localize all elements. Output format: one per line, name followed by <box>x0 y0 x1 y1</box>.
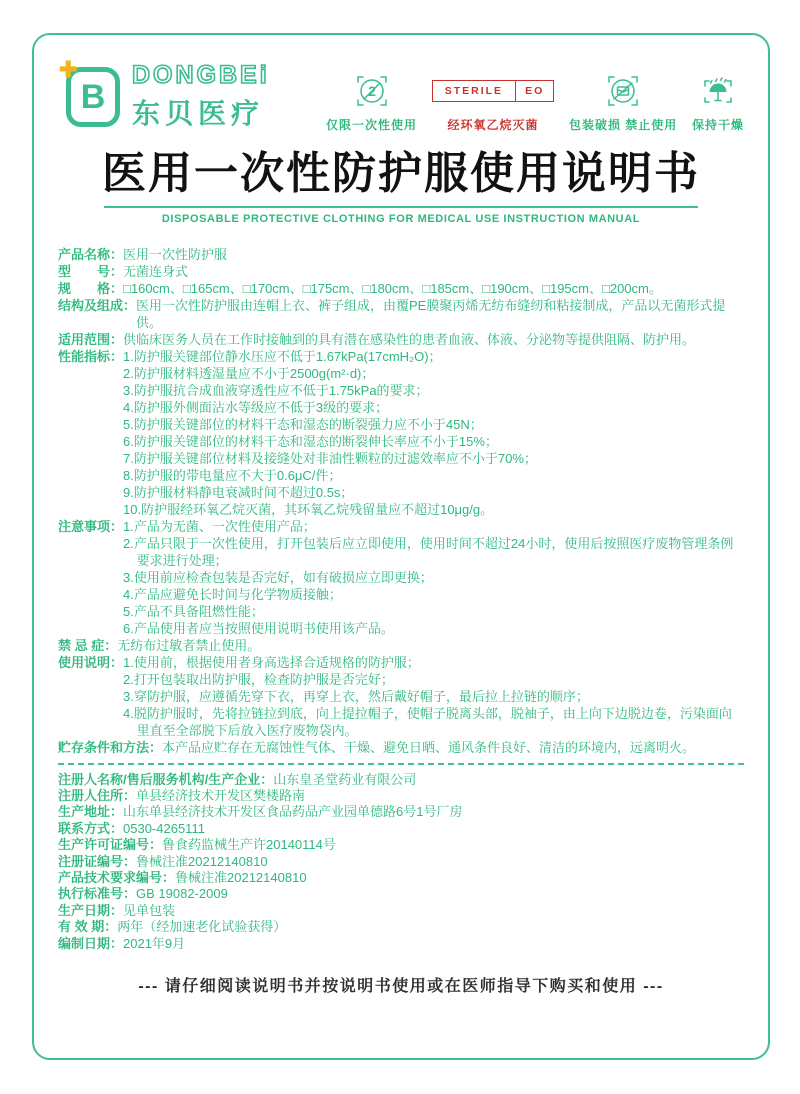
list-item: 1.产品为无菌、一次性使用产品； <box>123 518 744 535</box>
field-value: 供临床医务人员在工作时接触到的具有潜在感染性的患者血液、体液、分泌物等提供阻隔、… <box>123 331 744 348</box>
eo-text: EO <box>515 81 553 101</box>
single-use-icon: 2 <box>354 73 390 109</box>
sterile-eo-icon: STERILE EO <box>432 73 555 109</box>
title-underline <box>104 206 698 208</box>
field-value: 1.产品为无菌、一次性使用产品；2.产品只限于一次性使用，打开包装后应立即使用，… <box>123 518 744 637</box>
field-value: 0530-4265111 <box>123 821 744 837</box>
symbol-label: 包装破损 禁止使用 <box>569 116 677 133</box>
symbol-label: 保持干燥 <box>692 116 744 133</box>
no-damaged-package-icon <box>605 73 641 109</box>
list-item: 5.产品不具备阻燃性能； <box>123 603 744 620</box>
field-label: 编制日期： <box>58 936 123 952</box>
list-item: 3.防护服抗合成血液穿透性应不低于1.75kPa的要求； <box>123 382 744 399</box>
page: ✚ B DONGBEi 东贝医疗 <box>0 0 800 1094</box>
list-item: 4.防护服外侧面沾水等级应不低于3级的要求； <box>123 399 744 416</box>
info-row: 型 号：无菌连身式 <box>58 263 744 280</box>
field-label: 生产地址： <box>58 804 123 820</box>
no-damaged-package-symbol: 包装破损 禁止使用 <box>569 73 677 133</box>
info-row: 贮存条件和方法：本产品应贮存在无腐蚀性气体、干燥、避免日晒、通风条件良好、清洁的… <box>58 739 744 756</box>
field-label: 注册人名称/售后服务机构/生产企业： <box>58 772 273 788</box>
field-value: 两年（经加速老化试验获得） <box>117 919 744 935</box>
info-row: 注册证编号：鲁械注准20212140810 <box>58 854 744 870</box>
logo-mark: ✚ B <box>66 67 120 127</box>
info-row: 性能指标：1.防护服关键部位静水压应不低于1.67kPa(17cmH₂O)；2.… <box>58 348 744 518</box>
list-item: 6.防护服关键部位的材料干态和湿态的断裂伸长率应不小于15%； <box>123 433 744 450</box>
field-label: 产品名称： <box>58 246 123 263</box>
keep-dry-symbol: 保持干燥 <box>692 73 744 133</box>
dashed-divider <box>58 763 744 765</box>
list-item: 4.脱防护服时，先将拉链拉到底，向上提拉帽子，使帽子脱离头部，脱袖子，由上向下边… <box>123 705 744 739</box>
field-label: 生产许可证编号： <box>58 837 162 853</box>
field-label: 联系方式： <box>58 821 123 837</box>
logo-letter: B <box>81 80 106 114</box>
info-row: 注册人住所：单县经济技术开发区樊楼路南 <box>58 788 744 804</box>
field-value: 医用一次性防护服由连帽上衣、裤子组成，由覆PE膜聚丙烯无纺布缝纫和粘接制成，产品… <box>136 297 744 331</box>
field-value: 无菌连身式 <box>123 263 744 280</box>
field-value: 1.防护服关键部位静水压应不低于1.67kPa(17cmH₂O)；2.防护服材料… <box>123 348 744 518</box>
logo-wordmark: DONGBEi <box>132 61 270 90</box>
list-item: 2.产品只限于一次性使用，打开包装后应立即使用，使用时间不超过24小时，使用后按… <box>123 535 744 569</box>
field-label: 生产日期： <box>58 903 123 919</box>
info-row: 有 效 期：两年（经加速老化试验获得） <box>58 919 744 935</box>
field-value: 鲁械注准20212140810 <box>136 854 744 870</box>
list-item: 9.防护服材料静电衰减时间不超过0.5s； <box>123 484 744 501</box>
field-label: 禁 忌 症： <box>58 637 117 654</box>
field-value: 山东皇圣堂药业有限公司 <box>273 772 744 788</box>
info-row: 使用说明：1.使用前，根据使用者身高选择合适规格的防护服；2.打开包装取出防护服… <box>58 654 744 739</box>
symbol-label: 仅限一次性使用 <box>326 116 417 133</box>
brand-text: DONGBEi 东贝医疗 <box>132 61 270 132</box>
footer-notice: --- 请仔细阅读说明书并按说明书使用或在医师指导下购买和使用 --- <box>58 973 744 996</box>
list-item: 7.防护服关键部位材料及接缝处对非油性颗粒的过滤效率应不小于70%； <box>123 450 744 467</box>
field-value: 2021年9月 <box>123 936 744 952</box>
field-label: 使用说明： <box>58 654 123 739</box>
info-row: 禁 忌 症：无纺布过敏者禁止使用。 <box>58 637 744 654</box>
list-item: 6.产品使用者应当按照使用说明书使用该产品。 <box>123 620 744 637</box>
field-value: 山东单县经济技术开发区食品药品产业园单德路6号1号厂房 <box>123 804 744 820</box>
field-value: 无纺布过敏者禁止使用。 <box>117 637 744 654</box>
logo-chinese-name: 东贝医疗 <box>132 92 270 132</box>
info-row: 结构及组成：医用一次性防护服由连帽上衣、裤子组成，由覆PE膜聚丙烯无纺布缝纫和粘… <box>58 297 744 331</box>
registration-info: 注册人名称/售后服务机构/生产企业：山东皇圣堂药业有限公司注册人住所：单县经济技… <box>58 772 744 952</box>
symbols-row: 2 仅限一次性使用 STERILE EO 经环氧乙烷灭菌 <box>326 73 744 133</box>
field-label: 结构及组成： <box>58 297 136 331</box>
list-item: 5.防护服关键部位的材料干态和湿态的断裂强力应不小于45N； <box>123 416 744 433</box>
page-subtitle: DISPOSABLE PROTECTIVE CLOTHING FOR MEDIC… <box>58 213 744 225</box>
info-row: 生产日期：见单包装 <box>58 903 744 919</box>
list-item: 2.打开包装取出防护服，检查防护服是否完好； <box>123 671 744 688</box>
field-value: 见单包装 <box>123 903 744 919</box>
info-row: 适用范围：供临床医务人员在工作时接触到的具有潜在感染性的患者血液、体液、分泌物等… <box>58 331 744 348</box>
info-row: 注意事项：1.产品为无菌、一次性使用产品；2.产品只限于一次性使用，打开包装后应… <box>58 518 744 637</box>
sterile-text: STERILE <box>433 81 515 101</box>
info-row: 编制日期：2021年9月 <box>58 936 744 952</box>
field-label: 有 效 期： <box>58 919 117 935</box>
brand-logo: ✚ B DONGBEi 东贝医疗 <box>66 61 270 132</box>
info-row: 生产地址：山东单县经济技术开发区食品药品产业园单德路6号1号厂房 <box>58 804 744 820</box>
field-label: 注意事项： <box>58 518 123 637</box>
field-value: GB 19082-2009 <box>136 886 744 902</box>
field-label: 注册人住所： <box>58 788 136 804</box>
sterile-eo-symbol: STERILE EO 经环氧乙烷灭菌 <box>432 73 555 133</box>
field-value: 本产品应贮存在无腐蚀性气体、干燥、避免日晒、通风条件良好、清洁的环境内，远离明火… <box>162 739 744 756</box>
product-info: 产品名称：医用一次性防护服型 号：无菌连身式规 格：□160cm、□165cm、… <box>58 246 744 756</box>
field-value: □160cm、□165cm、□170cm、□175cm、□180cm、□185c… <box>123 280 744 297</box>
list-item: 4.产品应避免长时间与化学物质接触； <box>123 586 744 603</box>
list-item: 2.防护服材料透湿量应不小于2500g(m²·d)； <box>123 365 744 382</box>
list-item: 8.防护服的带电量应不大于0.6μC/件； <box>123 467 744 484</box>
field-label: 注册证编号： <box>58 854 136 870</box>
symbol-label: 经环氧乙烷灭菌 <box>447 116 538 133</box>
info-row: 联系方式：0530-4265111 <box>58 821 744 837</box>
field-label: 适用范围： <box>58 331 123 348</box>
keep-dry-icon <box>700 73 736 109</box>
info-row: 产品技术要求编号：鲁械注准20212140810 <box>58 870 744 886</box>
field-label: 型 号： <box>58 263 123 280</box>
list-item: 3.穿防护服，应遵循先穿下衣，再穿上衣，然后戴好帽子，最后拉上拉链的顺序； <box>123 688 744 705</box>
list-item: 3.使用前应检查包装是否完好，如有破损应立即更换； <box>123 569 744 586</box>
page-title: 医用一次性防护服使用说明书 <box>58 149 744 200</box>
single-use-symbol: 2 仅限一次性使用 <box>326 73 417 133</box>
field-label: 贮存条件和方法： <box>58 739 162 756</box>
field-value: 1.使用前，根据使用者身高选择合适规格的防护服；2.打开包装取出防护服，检查防护… <box>123 654 744 739</box>
field-label: 规 格： <box>58 280 123 297</box>
plus-icon: ✚ <box>59 59 77 81</box>
header: ✚ B DONGBEi 东贝医疗 <box>58 59 744 133</box>
list-item: 1.使用前，根据使用者身高选择合适规格的防护服； <box>123 654 744 671</box>
info-row: 执行标准号：GB 19082-2009 <box>58 886 744 902</box>
list-item: 1.防护服关键部位静水压应不低于1.67kPa(17cmH₂O)； <box>123 348 744 365</box>
page-frame: ✚ B DONGBEi 东贝医疗 <box>32 33 770 1060</box>
field-label: 产品技术要求编号： <box>58 870 175 886</box>
field-label: 执行标准号： <box>58 886 136 902</box>
field-label: 性能指标： <box>58 348 123 518</box>
info-row: 生产许可证编号：鲁食药监械生产许20140114号 <box>58 837 744 853</box>
list-item: 10.防护服经环氧乙烷灭菌，其环氧乙烷残留量应不超过10μg/g。 <box>123 501 744 518</box>
info-row: 注册人名称/售后服务机构/生产企业：山东皇圣堂药业有限公司 <box>58 772 744 788</box>
field-value: 鲁食药监械生产许20140114号 <box>162 837 744 853</box>
info-row: 规 格：□160cm、□165cm、□170cm、□175cm、□180cm、□… <box>58 280 744 297</box>
title-block: 医用一次性防护服使用说明书 DISPOSABLE PROTECTIVE CLOT… <box>58 149 744 225</box>
field-value: 单县经济技术开发区樊楼路南 <box>136 788 744 804</box>
info-row: 产品名称：医用一次性防护服 <box>58 246 744 263</box>
field-value: 医用一次性防护服 <box>123 246 744 263</box>
field-value: 鲁械注准20212140810 <box>175 870 744 886</box>
